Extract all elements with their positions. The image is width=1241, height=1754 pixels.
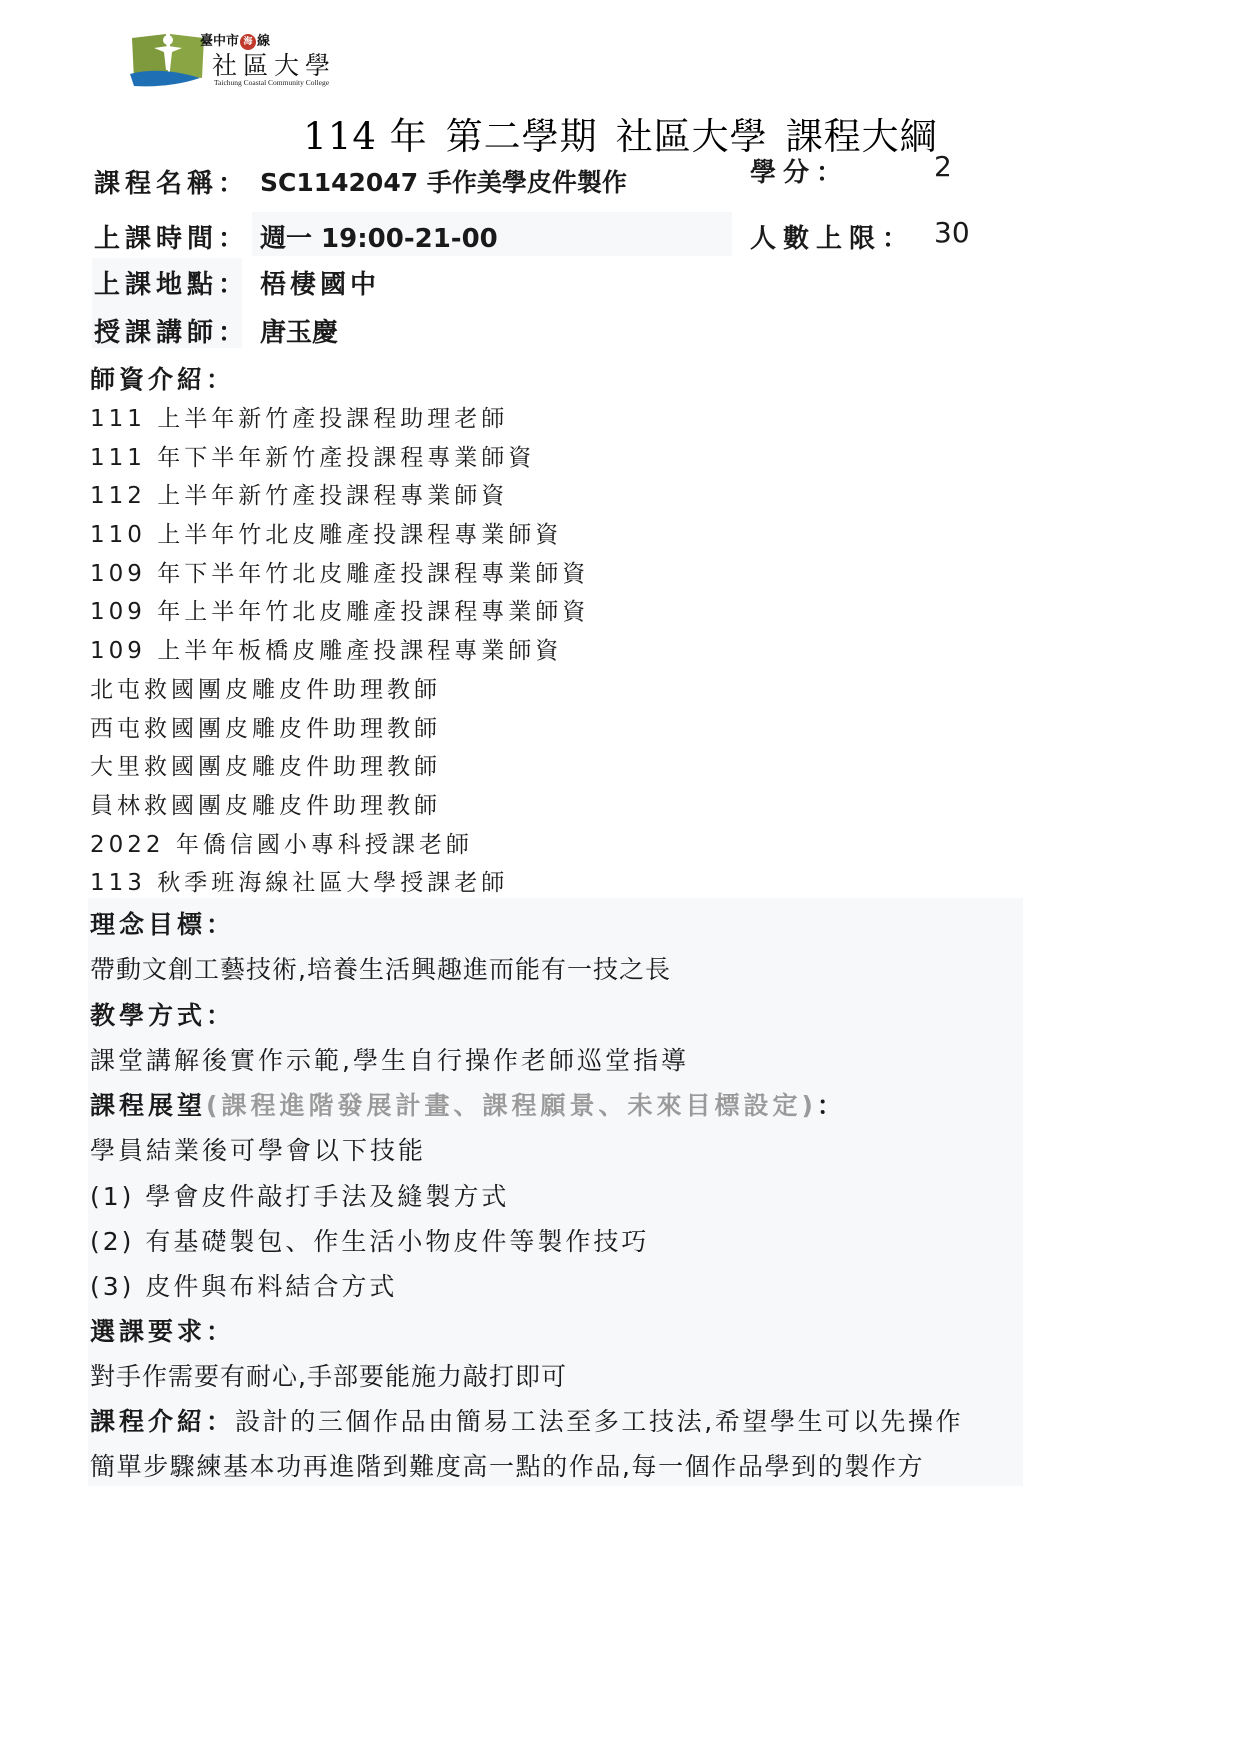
bio-item: 112 上半年新竹產投課程專業師資 <box>90 477 589 516</box>
bio-item: 111 上半年新竹產投課程助理老師 <box>90 400 589 439</box>
capacity-label: 人數上限： <box>750 218 915 255</box>
teacher-label: 授課講師： <box>94 312 249 349</box>
bio-item: 109 年上半年竹北皮雕產投課程專業師資 <box>90 593 589 632</box>
outlook-item: (3) 皮件與布料結合方式 <box>90 1267 397 1303</box>
philosophy-text: 帶動文創工藝技術,培養生活興趣進而能有一技之長 <box>90 950 671 986</box>
bio-list: 111 上半年新竹產投課程助理老師 111 年下半年新竹產投課程專業師資 112… <box>90 400 589 903</box>
college-logo: 臺中市海線 社區大學 Taichung Coastal Community Co… <box>130 26 370 92</box>
bio-item: 2022 年僑信國小專科授課老師 <box>90 826 589 865</box>
bio-item: 110 上半年竹北皮雕產投課程專業師資 <box>90 516 589 555</box>
intro-line-1: 設計的三個作品由簡易工法至多工技法,希望學生可以先操作 <box>235 1407 963 1436</box>
requirement-text: 對手作需要有耐心,手部要能施力敲打即可 <box>90 1357 567 1393</box>
location-label: 上課地點： <box>94 264 249 301</box>
capacity-value: 30 <box>934 216 970 249</box>
bio-item: 北屯救國團皮雕皮件助理教師 <box>90 671 589 710</box>
course-name-label: 課程名稱： <box>94 163 249 200</box>
bio-item: 111 年下半年新竹產投課程專業師資 <box>90 439 589 478</box>
bio-item: 員林救國團皮雕皮件助理教師 <box>90 787 589 826</box>
outlook-item: (2) 有基礎製包、作生活小物皮件等製作技巧 <box>90 1222 649 1258</box>
time-label: 上課時間： <box>94 218 249 255</box>
outlook-item: (1) 學會皮件敲打手法及縫製方式 <box>90 1177 509 1213</box>
bio-item: 109 上半年板橋皮雕產投課程專業師資 <box>90 632 589 671</box>
intro-paragraph: 課程介紹：設計的三個作品由簡易工法至多工技法,希望學生可以先操作 <box>90 1402 963 1438</box>
teacher-value: 唐玉慶 <box>260 312 338 349</box>
logo-name-text: 社區大學 <box>212 46 336 82</box>
intro-heading: 課程介紹： <box>90 1407 235 1436</box>
bio-item: 大里救國團皮雕皮件助理教師 <box>90 748 589 787</box>
logo-english-text: Taichung Coastal Community College <box>214 78 329 87</box>
time-value: 週一 19:00-21-00 <box>260 218 498 255</box>
page-title: 114 年第二學期社區大學課程大綱 <box>0 106 1241 160</box>
bio-item: 西屯救國團皮雕皮件助理教師 <box>90 710 589 749</box>
intro-line-2: 簡單步驟練基本功再進階到難度高一點的作品,每一個作品學到的製作方 <box>90 1447 924 1483</box>
open-book-person-icon <box>130 30 208 88</box>
method-text: 課堂講解後實作示範,學生自行操作老師巡堂指導 <box>90 1041 689 1077</box>
outlook-hint: (課程進階發展計畫、課程願景、未來目標設定) <box>206 1091 817 1120</box>
method-heading: 教學方式： <box>90 996 235 1032</box>
location-value: 梧棲國中 <box>260 264 380 301</box>
bio-heading: 師資介紹： <box>90 360 235 396</box>
course-name-value: SC1142047 手作美學皮件製作 <box>260 163 627 199</box>
bio-item: 109 年下半年竹北皮雕產投課程專業師資 <box>90 555 589 594</box>
requirement-heading: 選課要求： <box>90 1312 235 1348</box>
outlook-heading: 課程展望(課程進階發展計畫、課程願景、未來目標設定)： <box>90 1086 846 1122</box>
credits-value: 2 <box>934 150 952 183</box>
credits-label: 學分： <box>750 152 849 189</box>
philosophy-heading: 理念目標： <box>90 905 235 941</box>
outlook-intro: 學員結業後可學會以下技能 <box>90 1131 426 1167</box>
